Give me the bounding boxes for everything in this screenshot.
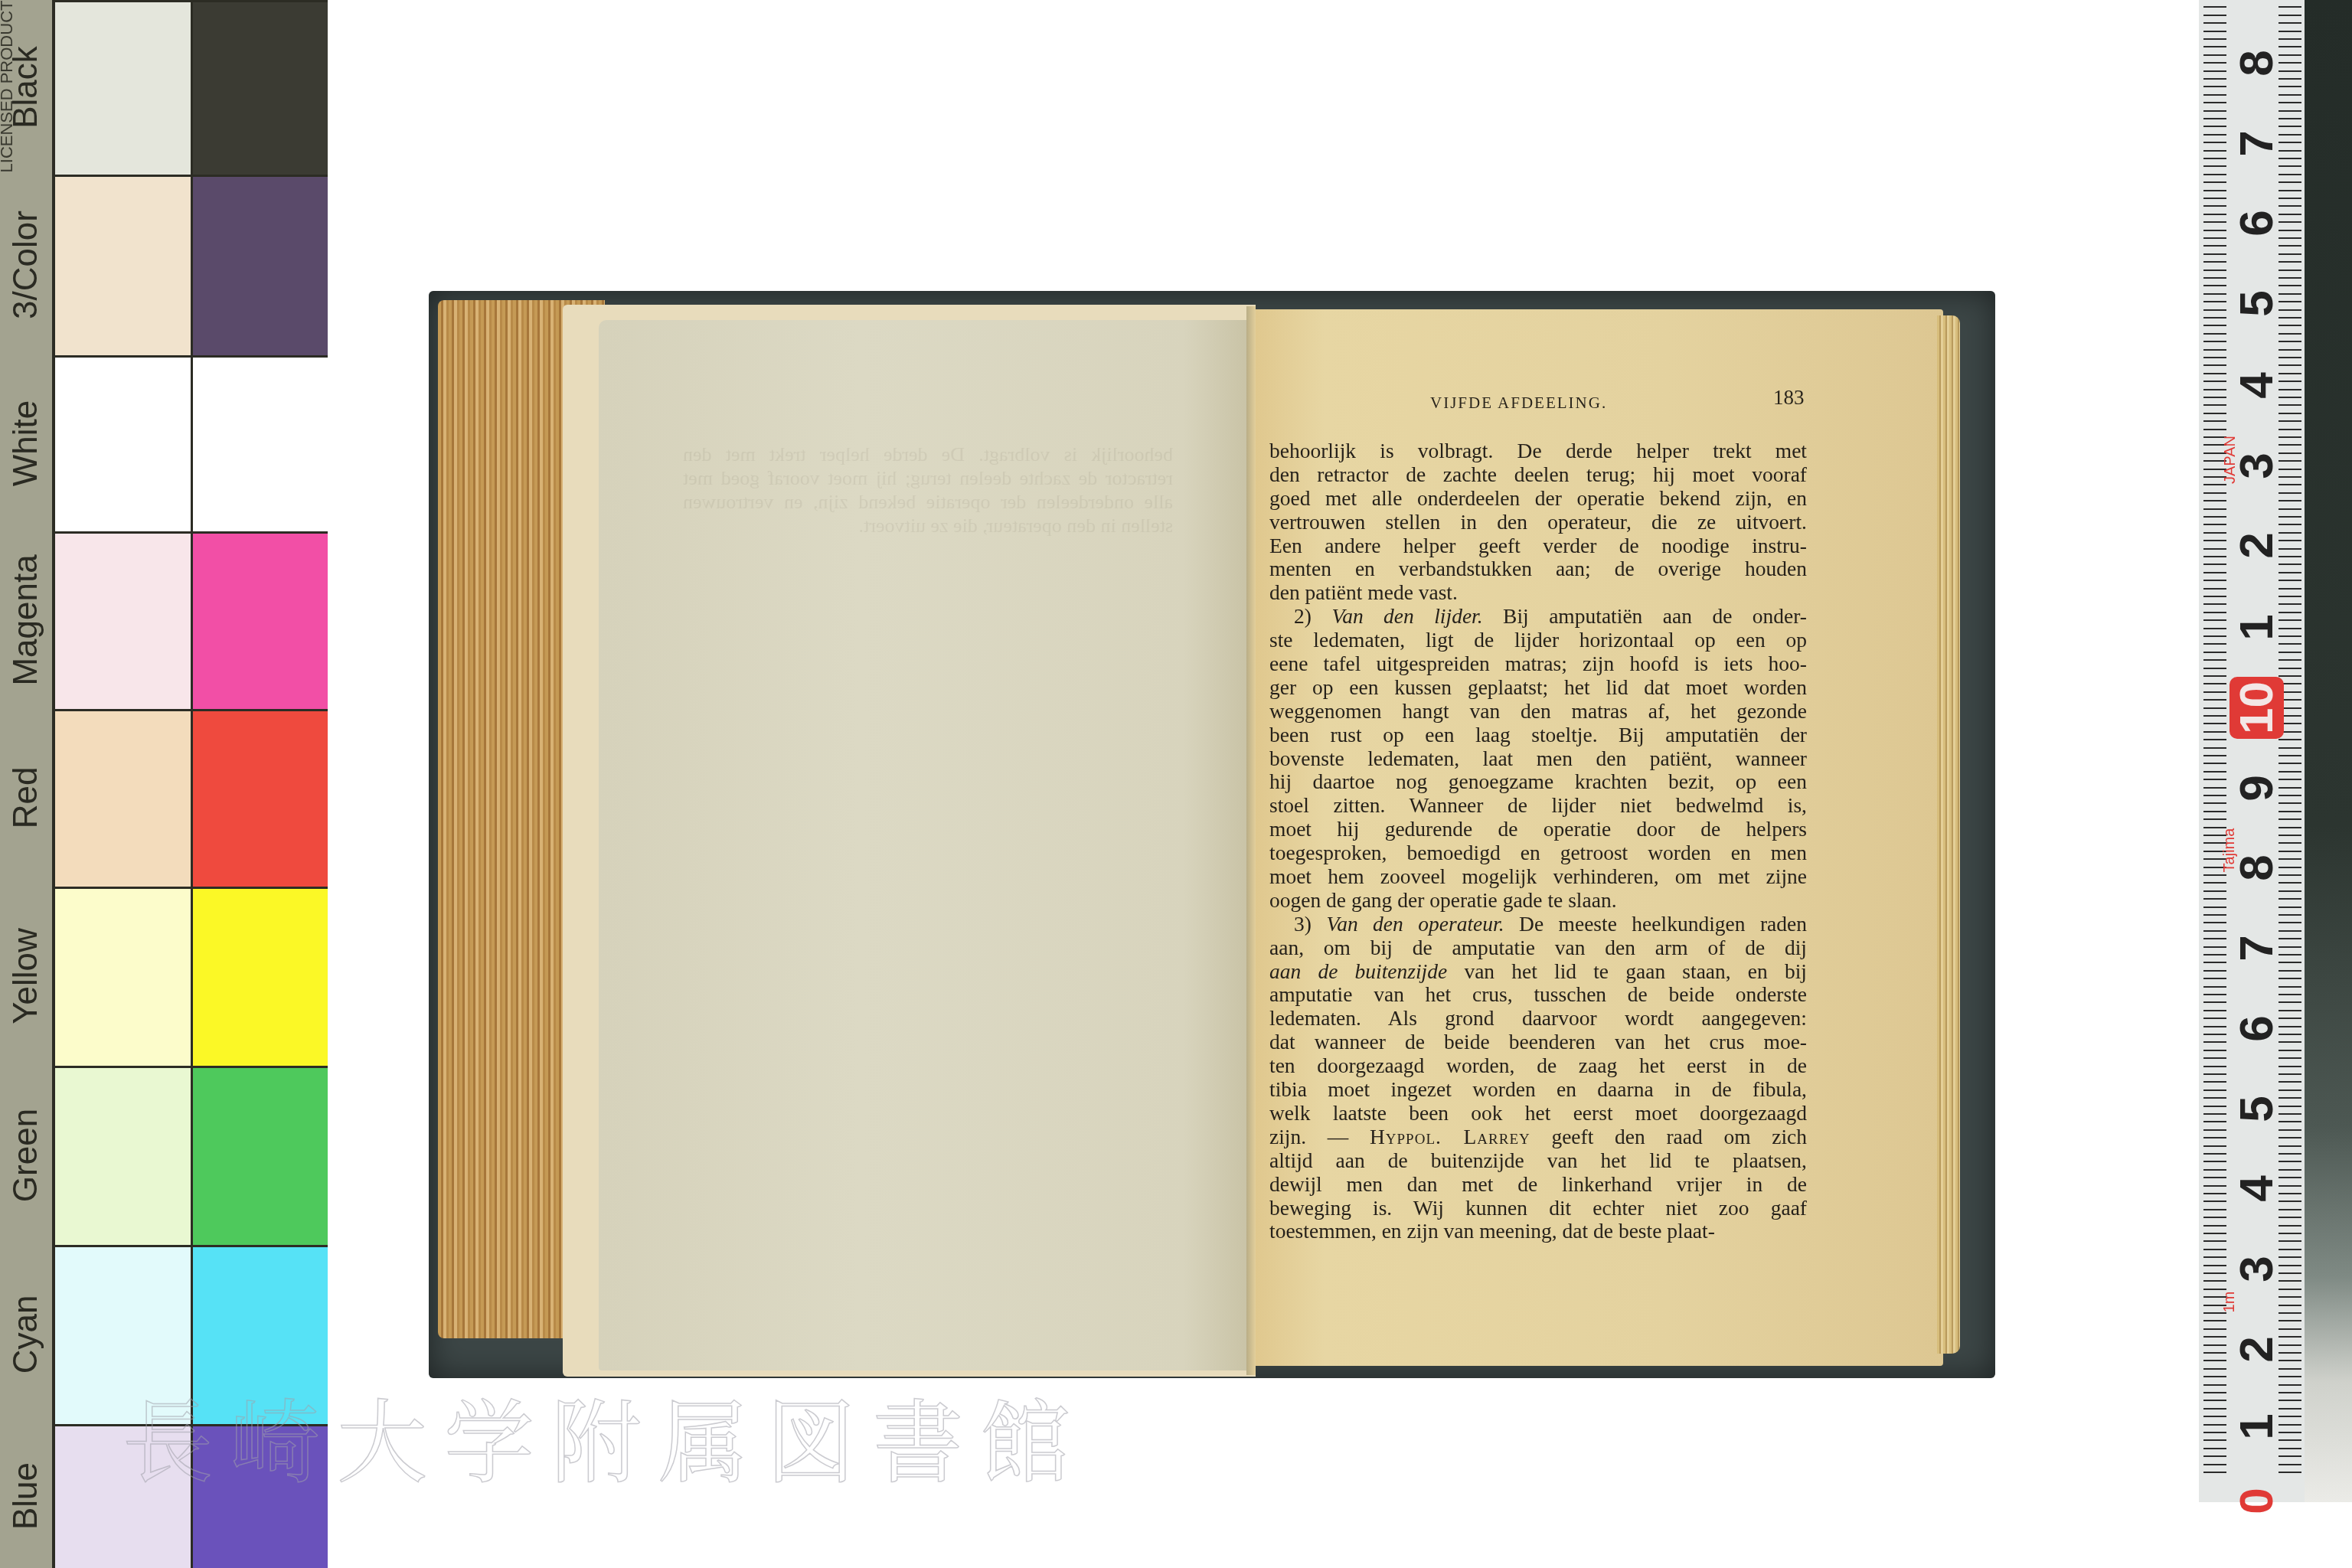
- text-line: 2) Van den lijder. Bij amputatiën aan de…: [1269, 605, 1807, 629]
- color-row-black: Black: [0, 0, 328, 175]
- light-swatch: [55, 531, 193, 709]
- color-row-green: Green: [0, 1066, 328, 1245]
- text-line: weggenomen hangt van den matras af, het …: [1269, 700, 1807, 724]
- text-line: hij daartoe nog genoegzame krachten bezi…: [1269, 770, 1807, 794]
- text-line: oogen de gang der operatie gade te slaan…: [1269, 889, 1807, 913]
- text-line: ste ledematen, ligt de lijder horizontaa…: [1269, 629, 1807, 652]
- color-row-label: White: [0, 355, 52, 531]
- ruler-number: 2: [2229, 523, 2283, 569]
- text-line: vertrouwen stellen in den operateur, die…: [1269, 511, 1807, 534]
- text-line: 3) Van den operateur. De meeste heelkund…: [1269, 913, 1807, 936]
- light-swatch: [55, 1066, 193, 1245]
- color-row-label: 3/Color: [0, 175, 52, 355]
- color-row-magenta: Magenta: [0, 531, 328, 709]
- text-line: den retractor de zachte deelen terug; hi…: [1269, 463, 1807, 487]
- text-line: zijn. — Hyppol. Larrey geeft den raad om…: [1269, 1125, 1807, 1149]
- text-line: ger op een kussen geplaatst; het lid dat…: [1269, 676, 1807, 700]
- light-swatch: [55, 175, 193, 355]
- text-line: altijd aan de buitenzijde van het lid te…: [1269, 1149, 1807, 1173]
- right-page-block-edge: [1937, 315, 1960, 1354]
- ruler-brand-mark: Tajima: [2219, 804, 2242, 896]
- light-swatch: [55, 887, 193, 1066]
- ruler-number: 10: [2229, 684, 2283, 730]
- color-row-label: Magenta: [0, 531, 52, 709]
- text-line: bovenste ledematen, laat men den patiënt…: [1269, 747, 1807, 771]
- dark-swatch: [193, 0, 328, 175]
- color-row-white: White: [0, 355, 328, 531]
- text-line: behoorlijk is volbragt. De derde helper …: [1269, 439, 1807, 463]
- text-line: menten en verbandstukken aan; de overige…: [1269, 557, 1807, 581]
- page-number: 183: [1773, 386, 1805, 410]
- book-gutter: [1246, 306, 1256, 1375]
- light-swatch: [55, 709, 193, 887]
- page-body-text: behoorlijk is volbragt. De derde helper …: [1269, 439, 1807, 1243]
- color-row-label: Yellow: [0, 887, 52, 1066]
- dark-swatch: [193, 531, 328, 709]
- ruler-meter-mark: 1m: [2219, 1256, 2242, 1347]
- text-line: aan, om bij de amputatie van den arm of …: [1269, 936, 1807, 960]
- color-checker-strip: LICENSED PRODUCT Black3/ColorWhiteMagent…: [0, 0, 328, 1568]
- ruler-number: 0: [2229, 1478, 2283, 1524]
- ruler-number: 7: [2229, 926, 2283, 972]
- text-line: goed met alle onderdeelen der operatie b…: [1269, 487, 1807, 511]
- ruler-number: 6: [2229, 201, 2283, 247]
- color-row-label: Cyan: [0, 1245, 52, 1424]
- text-line: dat wanneer de beide beenderen van het c…: [1269, 1031, 1807, 1054]
- text-line: toegesproken, bemoedigd en getroost word…: [1269, 841, 1807, 865]
- ruler-number: 5: [2229, 1086, 2283, 1132]
- ruler-number: 6: [2229, 1005, 2283, 1051]
- running-head: VIJFDE AFDEELING.: [1430, 394, 1890, 413]
- text-line: ledematen. Als grond daarvoor wordt aang…: [1269, 1007, 1807, 1031]
- text-line: welk laatste been ook het eerst moet doo…: [1269, 1102, 1807, 1125]
- color-row-3-color: 3/Color: [0, 175, 328, 355]
- text-line: amputatie van het crus, tusschen de beid…: [1269, 983, 1807, 1007]
- text-line: eene tafel uitgespreiden matras; zijn ho…: [1269, 652, 1807, 676]
- ruler-country-mark: JAPAN: [2219, 413, 2242, 505]
- light-swatch: [55, 0, 193, 175]
- grey-scale-strip: [2305, 0, 2352, 1502]
- dark-swatch: [193, 1066, 328, 1245]
- text-line: moet hij gedurende de operatie door de h…: [1269, 818, 1807, 841]
- text-line: Een andere helper geeft verder de noodig…: [1269, 534, 1807, 558]
- dark-swatch: [193, 709, 328, 887]
- ruler-number: 1: [2229, 1403, 2283, 1449]
- ruler-number: 8: [2229, 40, 2283, 86]
- dark-swatch: [193, 175, 328, 355]
- text-line: been rust op een laag stoeltje. Bij ampu…: [1269, 724, 1807, 747]
- light-swatch: [55, 355, 193, 531]
- text-line: beweging is. Wij kunnen dit echter niet …: [1269, 1197, 1807, 1220]
- ruler-number: 5: [2229, 281, 2283, 327]
- text-line: toestemmen, en zijn van meening, dat de …: [1269, 1220, 1807, 1243]
- color-row-label: Green: [0, 1066, 52, 1245]
- dark-swatch: [193, 887, 328, 1066]
- text-line: den patiënt mede vast.: [1269, 581, 1807, 605]
- color-row-red: Red: [0, 709, 328, 887]
- ruler-number: 1: [2229, 605, 2283, 651]
- measuring-ruler: 87654321109876543210 JAPAN Tajima 1m: [2199, 0, 2306, 1502]
- left-page-show-through-text: behoorlijk is volbragt. De derde helper …: [683, 443, 1173, 537]
- ruler-number: 4: [2229, 1166, 2283, 1212]
- ruler-number: 7: [2229, 120, 2283, 166]
- dark-swatch: [193, 355, 328, 531]
- text-line: stoel zitten. Wanneer de lijder niet bed…: [1269, 794, 1807, 818]
- color-row-label: Red: [0, 709, 52, 887]
- left-page: behoorlijk is volbragt. De derde helper …: [599, 320, 1248, 1370]
- color-row-label: Black: [0, 0, 52, 175]
- text-line: moet hem zooveel mogelijk verhinderen, o…: [1269, 865, 1807, 889]
- ruler-number: 4: [2229, 362, 2283, 408]
- color-row-yellow: Yellow: [0, 887, 328, 1066]
- text-line: dewijl men dan met de linkerhand vrijer …: [1269, 1173, 1807, 1197]
- text-line: ten doorgezaagd worden, de zaag het eers…: [1269, 1054, 1807, 1078]
- text-line: tibia moet ingezet worden en daarna in d…: [1269, 1078, 1807, 1102]
- text-line: aan de buitenzijde van het lid te gaan s…: [1269, 960, 1807, 984]
- color-row-label: Blue: [0, 1424, 52, 1568]
- library-watermark: 長崎大学附属図書館: [122, 1370, 1087, 1501]
- right-page: VIJFDE AFDEELING. 183 behoorlijk is volb…: [1256, 309, 1943, 1366]
